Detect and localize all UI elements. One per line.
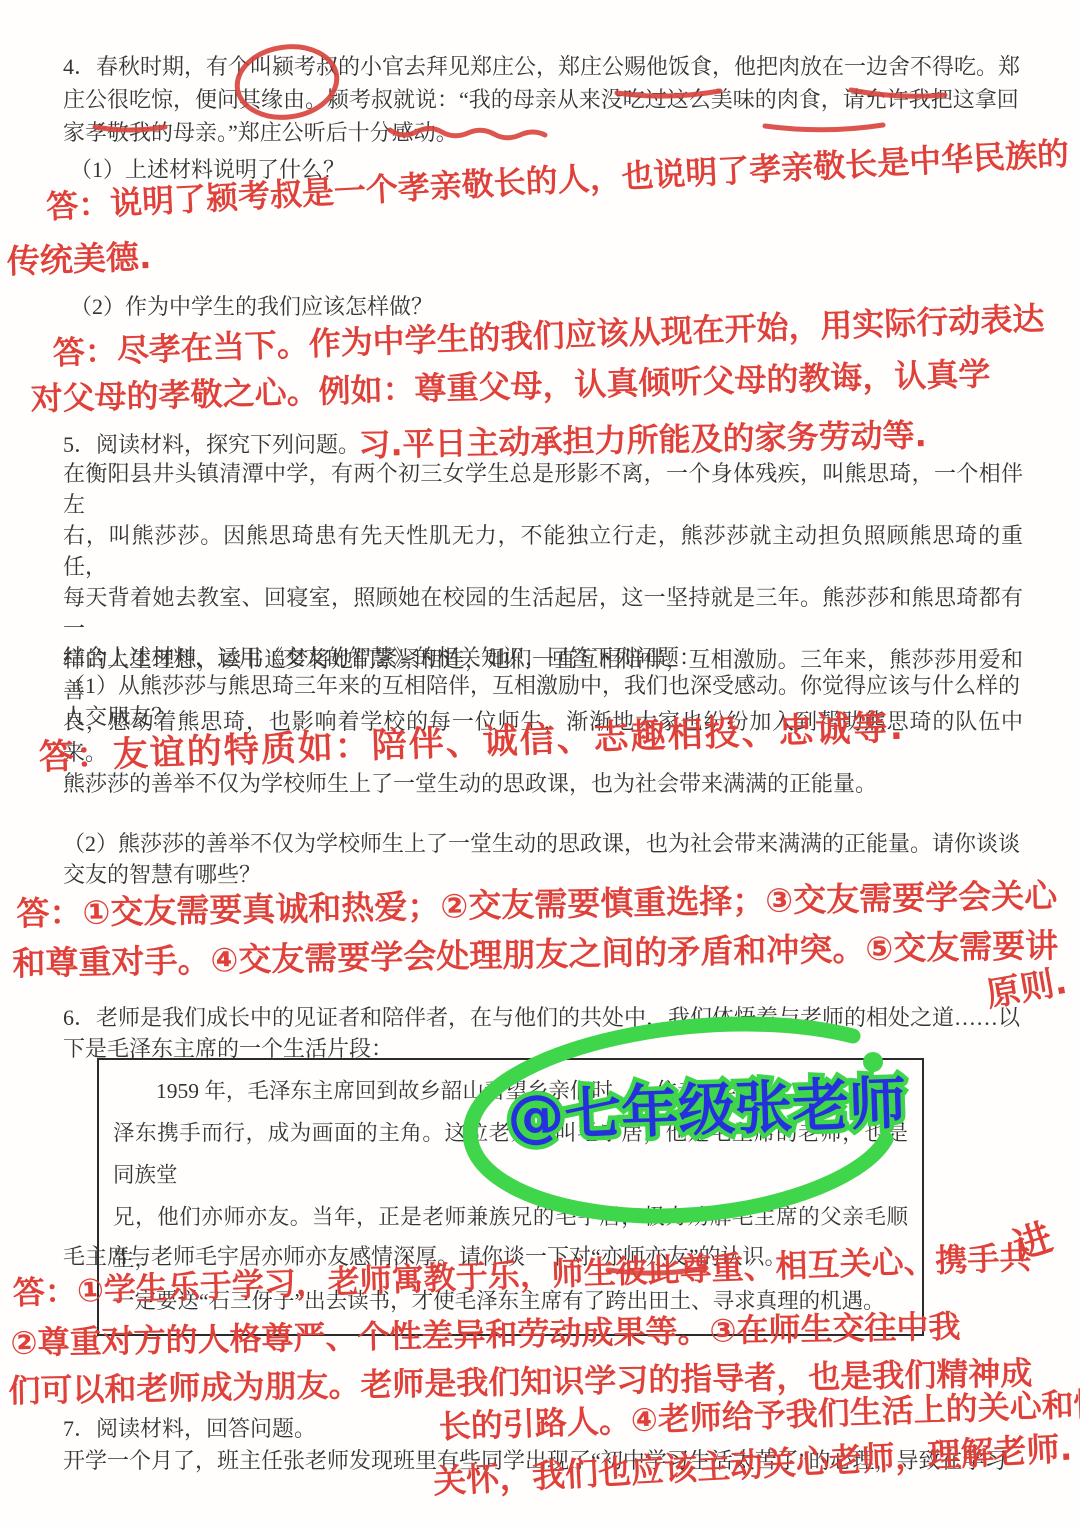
question-5-header: 5．阅读材料，探究下列问题。: [63, 428, 360, 461]
question-6-text: 6．老师是我们成长中的见证者和陪伴者，在与他们的共处中，我们体悟着与老师的相处之…: [63, 1002, 1023, 1064]
question-4-text: 4．春秋时期，有个叫颍考叔的小官去拜见郑庄公，郑庄公赐他饭食，他把肉放在一边舍不…: [63, 50, 1023, 149]
worksheet-page: 4．春秋时期，有个叫颍考叔的小官去拜见郑庄公，郑庄公赐他饭食，他把肉放在一边舍不…: [0, 0, 1080, 1528]
question-7-header: 7．阅读材料，回答问题。: [63, 1412, 316, 1445]
answer-4-1-line2: 传统美德.: [6, 231, 152, 283]
